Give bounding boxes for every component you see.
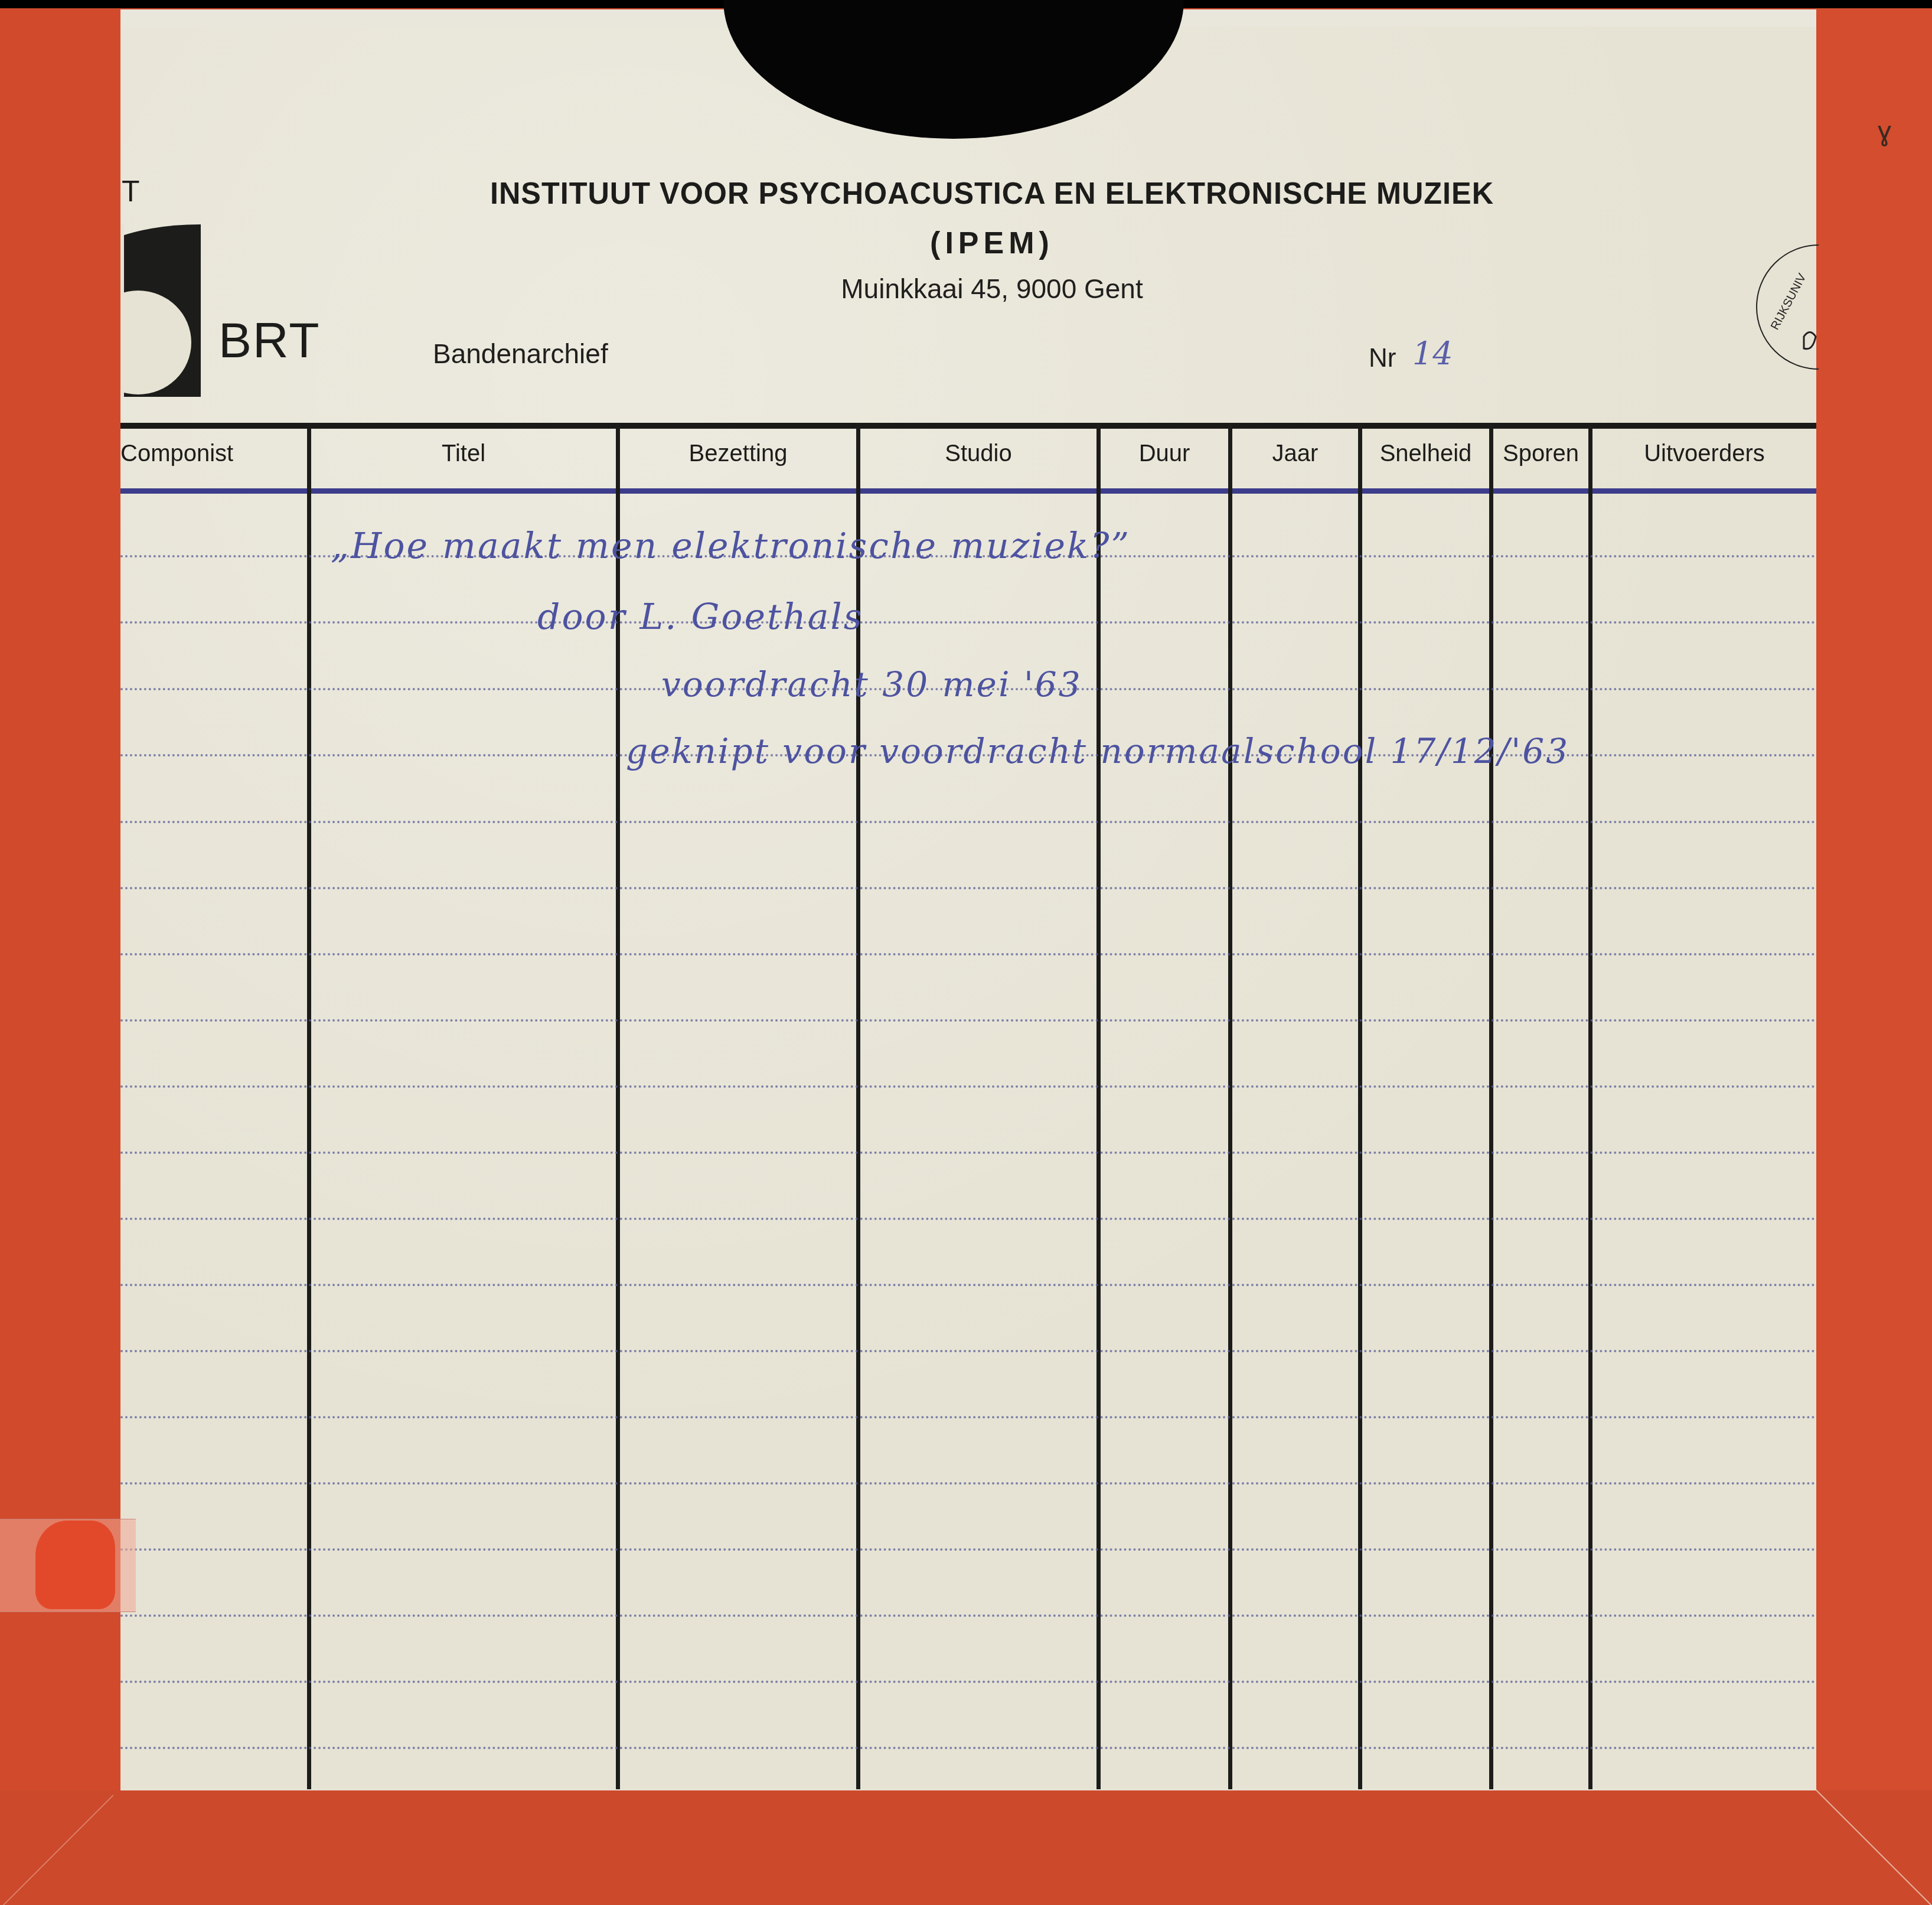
- archive-label: Bandenarchief: [433, 338, 608, 370]
- brt-logo-icon: [120, 224, 201, 397]
- box-corner-tear: [1816, 1789, 1932, 1905]
- university-stamp-icon: RIJKSUNIV: [1748, 236, 1819, 378]
- institute-name: INSTITUUT VOOR PSYCHOACUSTICA EN ELEKTRO…: [425, 176, 1559, 211]
- institute-abbreviation: (IPEM): [874, 226, 1110, 261]
- partial-logo-letter: T: [122, 174, 140, 208]
- column-divider: [1096, 423, 1101, 1789]
- handwritten-lecture-date: voordracht 30 mei '63: [661, 664, 1082, 704]
- column-header-bezetting: Bezetting: [620, 441, 856, 467]
- handwritten-title: „Hoe maakt men elektronische muziek?”: [331, 526, 1131, 567]
- column-divider: [307, 423, 311, 1789]
- frame-mark: ɣ: [1878, 115, 1891, 147]
- column-divider: [1358, 423, 1362, 1789]
- column-header-duur: Duur: [1101, 441, 1228, 467]
- column-header-sporen: Sporen: [1493, 441, 1588, 467]
- table-top-rule: [120, 423, 1816, 429]
- brt-logo-text: BRT: [218, 312, 320, 369]
- tape-patch: [35, 1521, 115, 1609]
- column-header-uitvoerders: Uitvoerders: [1592, 441, 1816, 467]
- tape-box-right-edge: [1816, 8, 1932, 1905]
- column-divider: [1588, 423, 1592, 1789]
- column-header-jaar: Jaar: [1232, 441, 1358, 467]
- column-header-studio: Studio: [860, 441, 1096, 467]
- column-header-titel: Titel: [311, 441, 616, 467]
- institute-address: Muinkkaai 45, 9000 Gent: [756, 273, 1228, 305]
- box-corner-seam: [0, 1795, 118, 1905]
- svg-text:RIJKSUNIV: RIJKSUNIV: [1768, 271, 1809, 332]
- column-header-snelheid: Snelheid: [1362, 441, 1489, 467]
- tape-box-bottom-edge: [0, 1790, 1932, 1905]
- column-header-componist: Componist: [120, 441, 248, 467]
- number-label: Nr: [1369, 344, 1396, 373]
- column-divider: [1489, 423, 1493, 1789]
- table-header-rule: [120, 488, 1816, 494]
- handwritten-author: door L. Goethals: [537, 596, 863, 638]
- handwritten-edit-note: geknipt voor voordracht normaalschool 17…: [626, 731, 1569, 771]
- number-value: 14: [1412, 335, 1453, 373]
- column-divider: [1228, 423, 1232, 1789]
